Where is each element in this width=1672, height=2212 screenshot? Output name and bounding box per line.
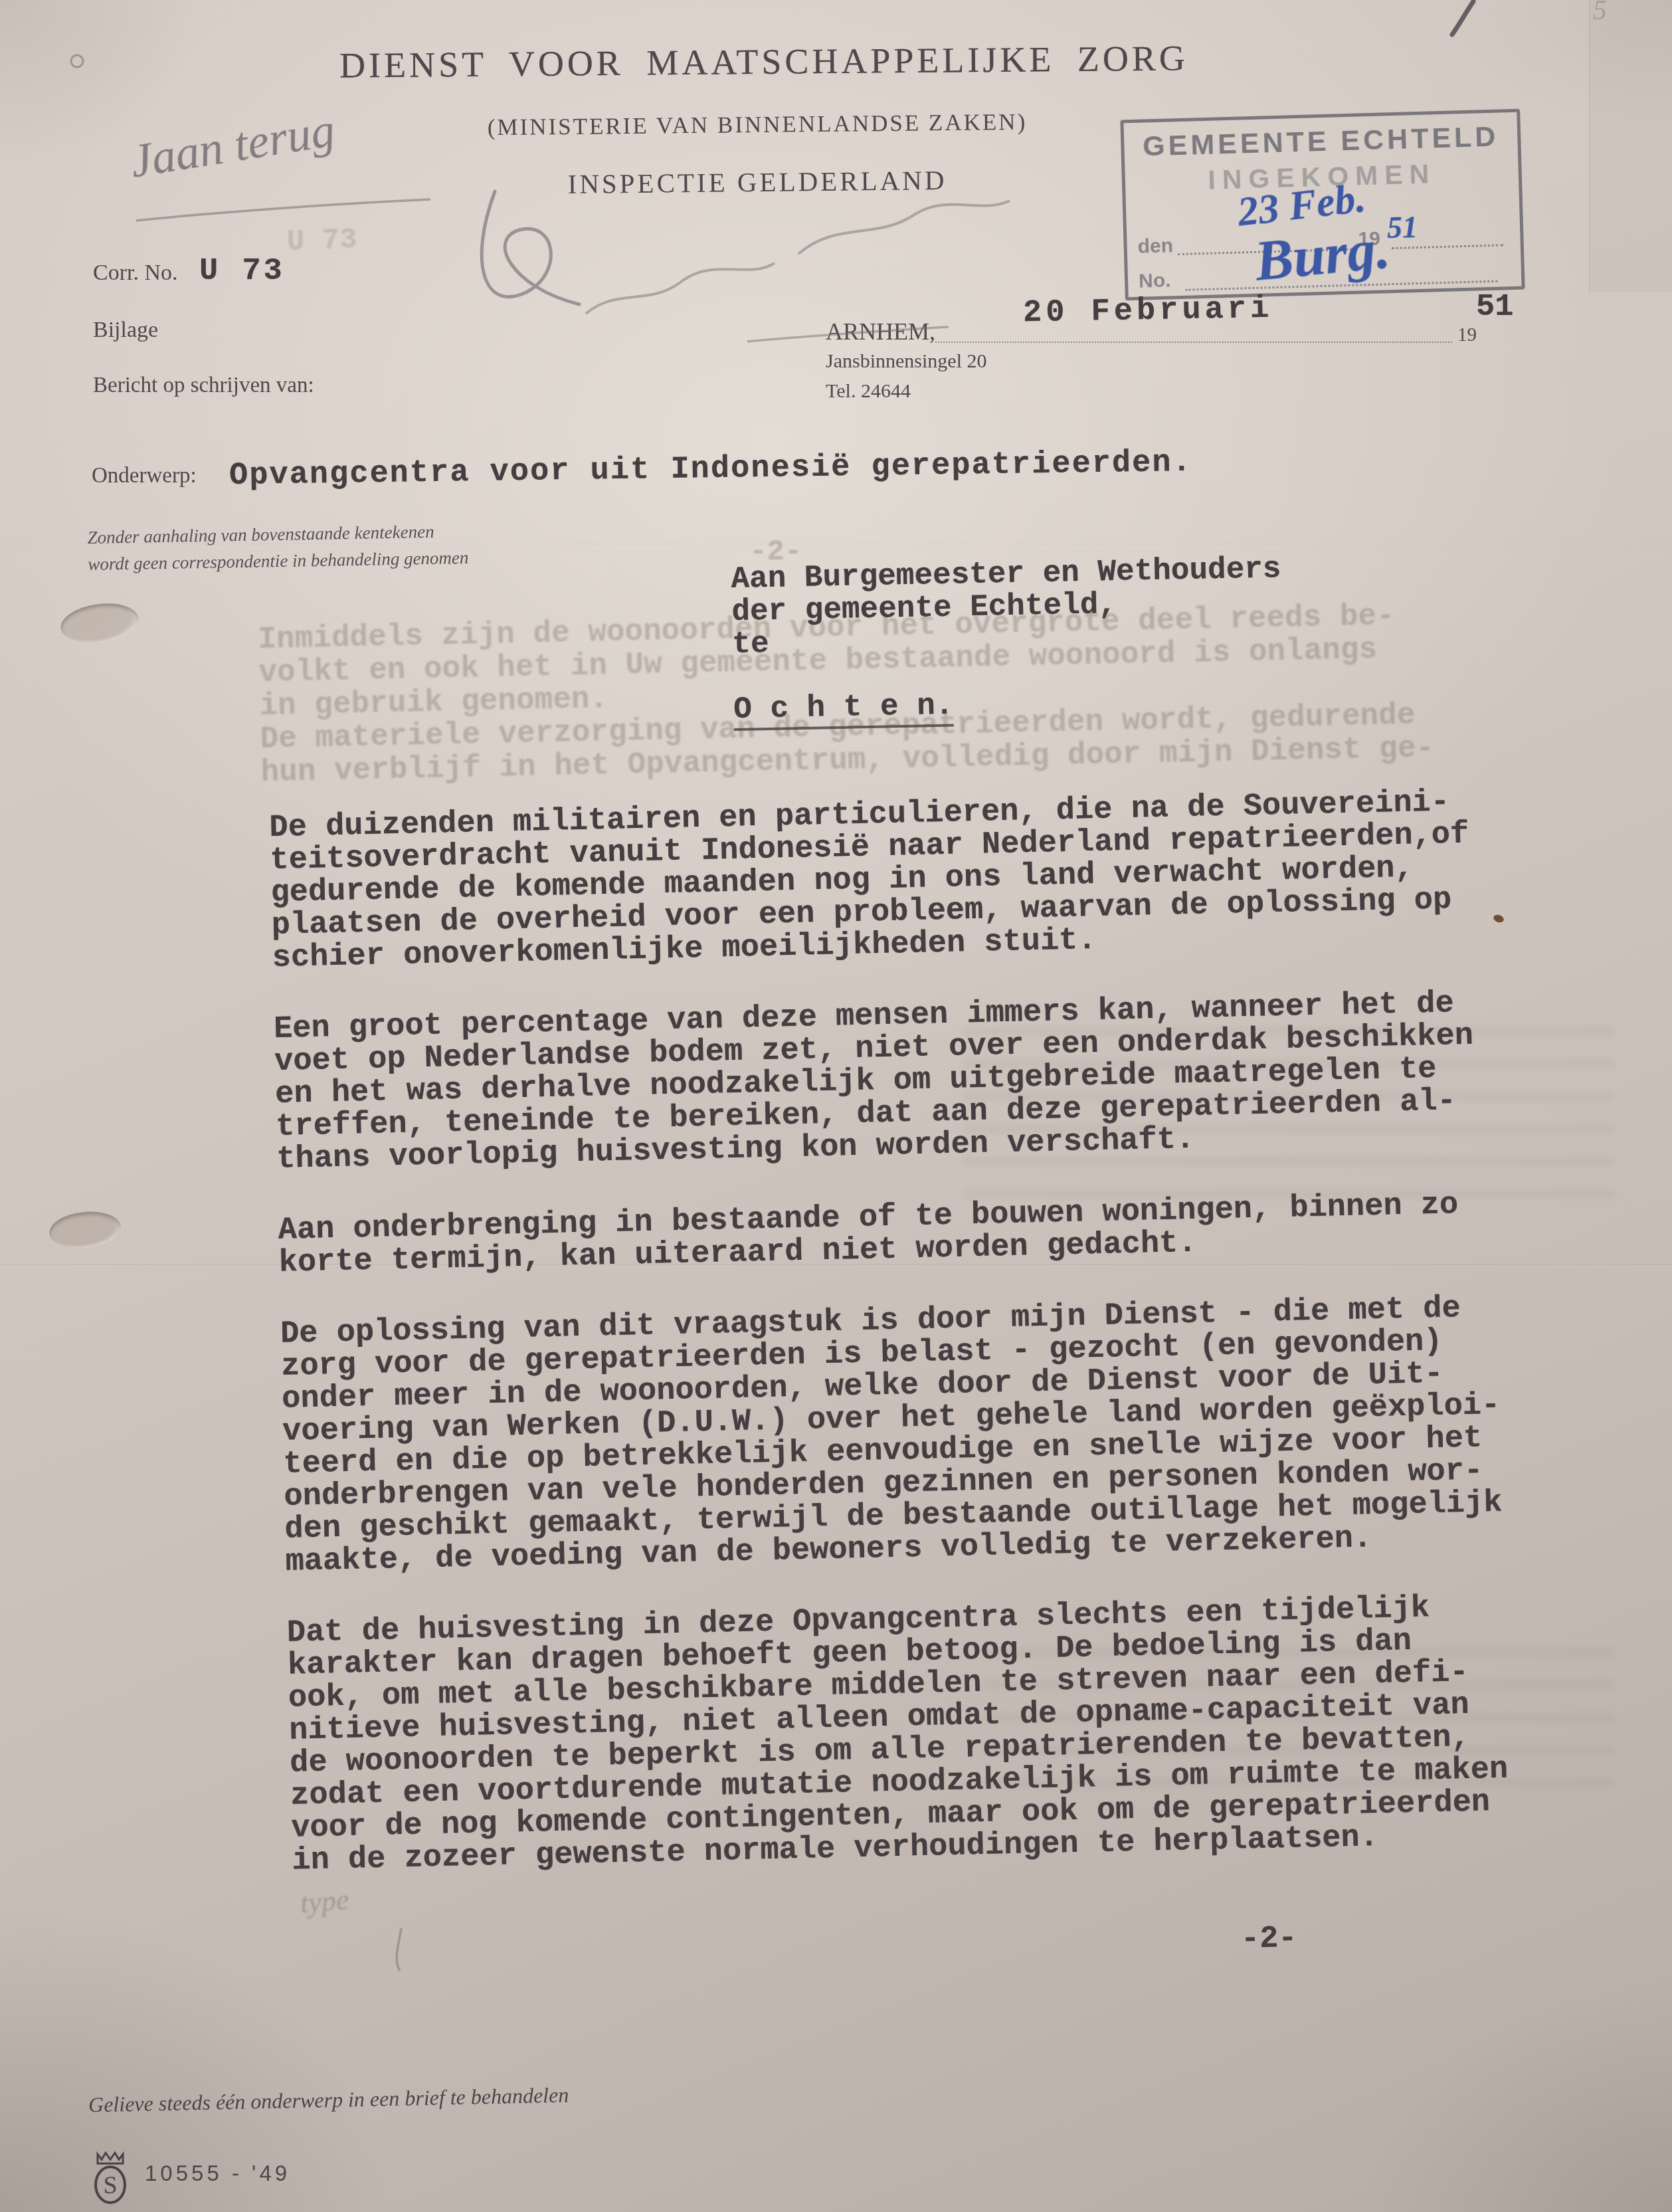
- letterhead-title: DIENST VOOR MAATSCHAPPELIJKE ZORG: [279, 37, 1249, 87]
- paragraph: De duizenden militairen en particulieren…: [269, 783, 1594, 975]
- paragraph: Aan onderbrenging in bestaande of te bou…: [278, 1185, 1601, 1279]
- edge-shade: [1592, 0, 1672, 292]
- bericht-label: Bericht op schrijven van:: [93, 373, 314, 398]
- stamp-signature-handwritten: Burg.: [1252, 215, 1393, 294]
- year-typed: 51: [1476, 290, 1513, 325]
- ingekomen-stamp: GEMEENTE ECHTELD INGEKOMEN den 19 23 Feb…: [1120, 109, 1525, 301]
- print-code: 10555 - '49: [145, 2161, 290, 2186]
- year-printed: 19: [1457, 324, 1477, 346]
- crown-seal-icon: S: [88, 2149, 132, 2206]
- pencil-corner-mark: 5: [1593, 0, 1607, 27]
- stamp-no-label: No.: [1139, 269, 1171, 292]
- correspondence-notice: Zonder aanhaling van bovenstaande kentek…: [87, 518, 468, 577]
- date-line: [935, 342, 1452, 343]
- bijlage-label: Bijlage: [93, 318, 158, 343]
- recipient-town: O c h t e n.: [733, 690, 954, 731]
- street-line: Jansbinnensingel 20: [826, 350, 986, 373]
- ghost-corr-value: U 73: [286, 223, 357, 259]
- page-number: -2-: [1241, 1921, 1298, 1957]
- stamp-year-line: [1392, 244, 1503, 249]
- corr-no-label: Corr. No.: [93, 260, 178, 286]
- subject-label: Onderwerp:: [92, 464, 197, 488]
- pencil-type-note: type: [299, 1882, 350, 1920]
- svg-text:S: S: [103, 2171, 117, 2199]
- stamp-year-handwritten: 51: [1386, 209, 1418, 245]
- paragraph: De oplossing van dit vraagstuk is door m…: [280, 1289, 1608, 1578]
- date-typed: 20 Februari: [1023, 292, 1273, 332]
- scanned-letter-page: Inmiddels zijn de woonoorden voor het ov…: [0, 0, 1672, 2212]
- stamp-den-label: den: [1137, 235, 1173, 258]
- letter-body: De duizenden militairen en particulieren…: [269, 783, 1615, 1916]
- corr-no-value: U 73: [199, 254, 285, 289]
- city-label: ARNHEM,: [826, 318, 935, 346]
- paragraph: Een groot percentage van deze mensen imm…: [274, 985, 1599, 1176]
- recipient-block: Aan Burgemeester en Wethouders der gemee…: [731, 553, 1284, 731]
- phone-line: Tel. 24644: [826, 380, 911, 403]
- paragraph: Dat de huisvesting in deze Opvangcentra …: [286, 1588, 1614, 1877]
